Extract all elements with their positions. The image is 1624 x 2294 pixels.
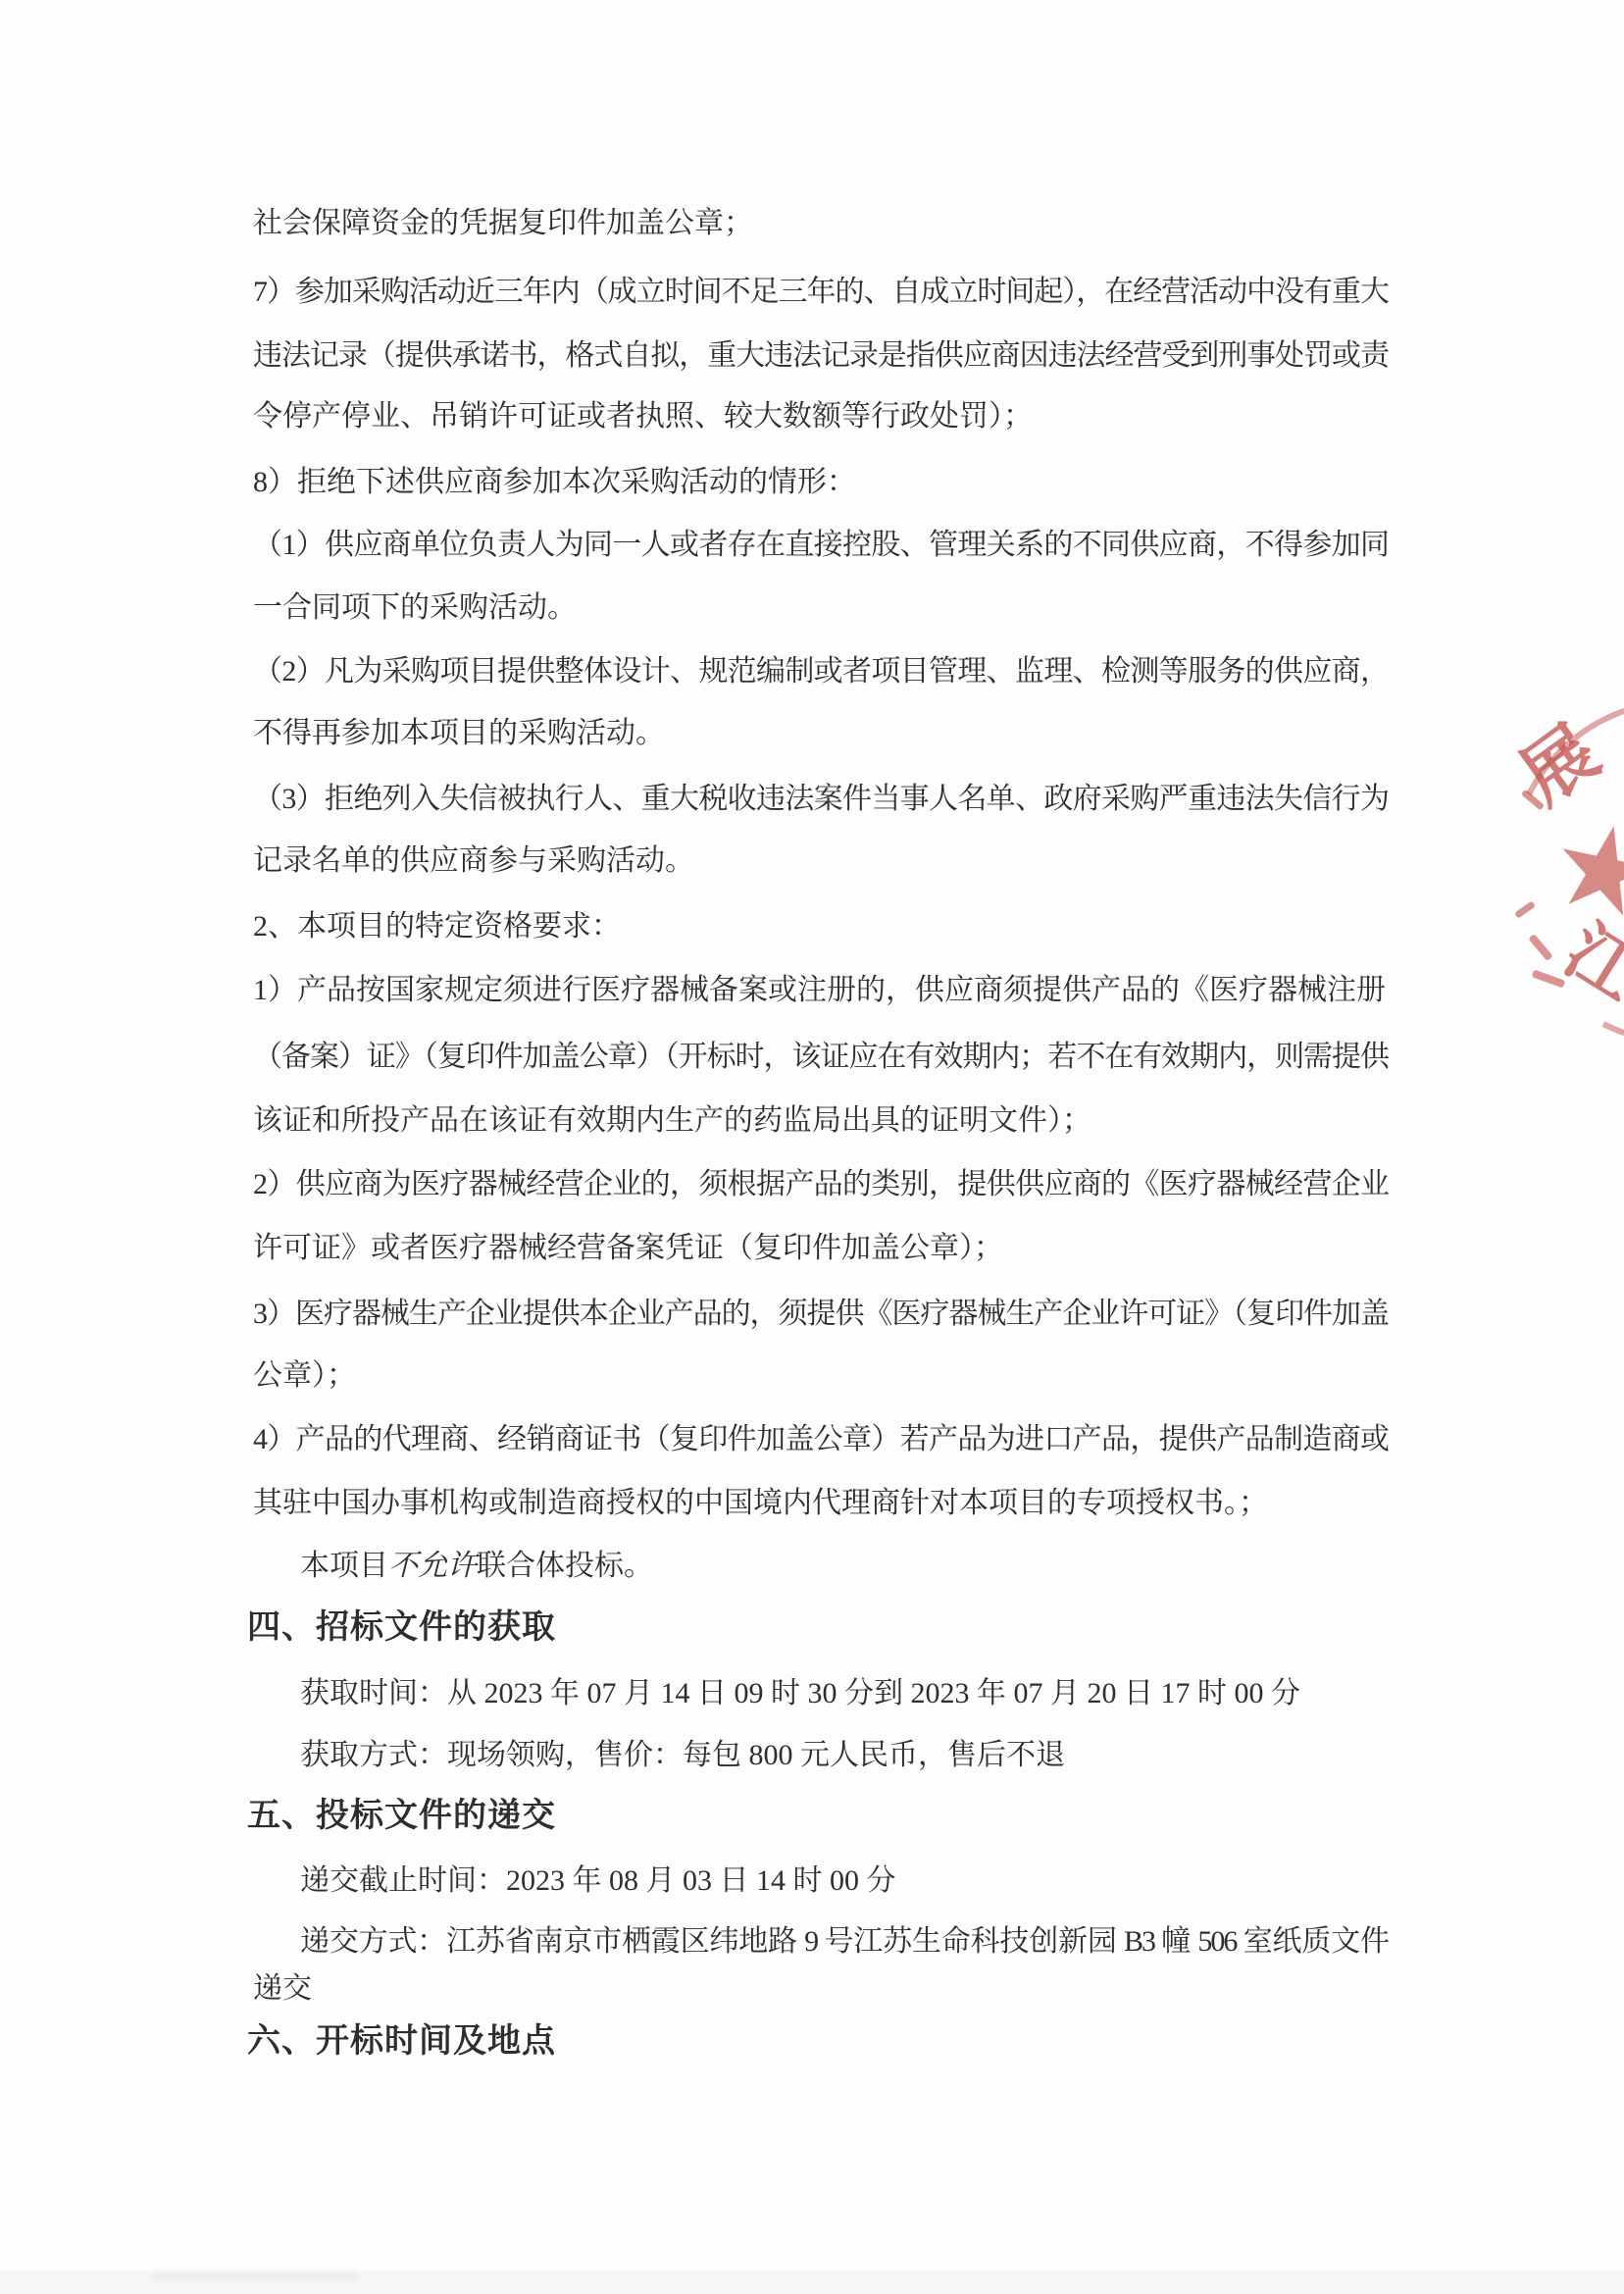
doc-line: 获取时间：从 2023 年 07 月 14 日 09 时 30 分到 2023 …	[253, 1662, 1388, 1725]
seal-character-top: 展	[1509, 715, 1610, 816]
doc-line: 违法记录（提供承诺书，格式自拟，重大违法记录是指供应商因违法经营受到刑事处罚或责	[253, 325, 1388, 387]
seal-stroke-fragment	[1521, 789, 1545, 810]
doc-line: 一合同项下的采购活动。	[253, 577, 1388, 639]
doc-line: 8）拒绝下述供应商参加本次采购活动的情形：	[253, 451, 1388, 514]
doc-line: 1）产品按国家规定须进行医疗器械备案或注册的，供应商须提供产品的《医疗器械注册	[253, 959, 1388, 1022]
doc-line: 7）参加采购活动近三年内（成立时间不足三年的、自成立时间起），在经营活动中没有重…	[253, 261, 1388, 324]
doc-line: 4）产品的代理商、经销商证书（复印件加盖公章）若产品为进口产品，提供产品制造商或	[253, 1408, 1388, 1471]
doc-line: 社会保障资金的凭据复印件加盖公章；	[253, 192, 1388, 255]
doc-line: 获取方式：现场领购，售价：每包 800 元人民币，售后不退	[253, 1724, 1388, 1787]
doc-line: 其驻中国办事机构或制造商授权的中国境内代理商针对本项目的专项授权书。；	[253, 1472, 1388, 1535]
line-suffix: 联合体投标。	[477, 1550, 653, 1582]
doc-line: 不得再参加本项目的采购活动。	[253, 702, 1388, 765]
seal-star-icon: ★	[1541, 802, 1624, 940]
doc-line: （3）拒绝列入失信被执行人、重大税收违法案件当事人名单、政府采购严重违法失信行为	[253, 768, 1388, 831]
doc-line: （2）凡为采购项目提供整体设计、规范编制或者项目管理、监理、检测等服务的供应商，	[253, 640, 1388, 703]
doc-line: （备案）证》（复印件加盖公章）（开标时，该证应在有效期内；若不在有效期内，则需提…	[253, 1026, 1388, 1089]
company-seal-stamp: 展 ★ 江	[1500, 687, 1624, 1059]
doc-line: 记录名单的供应商参与采购活动。	[253, 830, 1388, 892]
scanned-document-page: 社会保障资金的凭据复印件加盖公章； 7）参加采购活动近三年内（成立时间不足三年的…	[0, 0, 1624, 2294]
section-heading-4: 四、招标文件的获取	[247, 1597, 1382, 1659]
seal-ring	[1462, 653, 1624, 1091]
doc-line-no-consortium: 本项目不允许联合体投标。	[253, 1535, 1388, 1598]
line-italic-run: 不允许	[388, 1550, 477, 1582]
scan-smudge	[152, 2272, 358, 2282]
section-heading-6: 六、开标时间及地点	[247, 2011, 1382, 2073]
seal-character-bottom: 江	[1553, 914, 1624, 1011]
doc-line: 3）医疗器械生产企业提供本企业产品的，须提供《医疗器械生产企业许可证》（复印件加…	[253, 1283, 1388, 1346]
doc-line: （1）供应商单位负责人为同一人或者存在直接控股、管理关系的不同供应商，不得参加同	[253, 514, 1388, 577]
doc-line: 2、本项目的特定资格要求：	[253, 895, 1388, 958]
seal-stroke-fragment	[1514, 900, 1536, 918]
doc-line: 递交截止时间：2023 年 08 月 03 日 14 时 00 分	[253, 1850, 1388, 1912]
section-heading-5: 五、投标文件的递交	[247, 1785, 1382, 1848]
seal-stroke-fragment	[1528, 934, 1552, 961]
doc-line: 2）供应商为医疗器械经营企业的，须根据产品的类别，提供供应商的《医疗器械经营企业	[253, 1153, 1388, 1216]
doc-line: 该证和所投产品在该证有效期内生产的药监局出具的证明文件）；	[253, 1090, 1388, 1152]
line-prefix: 本项目	[300, 1550, 388, 1582]
seal-stroke-fragment	[1532, 969, 1566, 988]
doc-line: 令停产停业、吊销许可证或者执照、较大数额等行政处罚）；	[253, 385, 1388, 448]
doc-line: 公章）；	[253, 1345, 1388, 1407]
doc-line: 许可证》或者医疗器械经营备案凭证（复印件加盖公章）；	[253, 1217, 1388, 1280]
